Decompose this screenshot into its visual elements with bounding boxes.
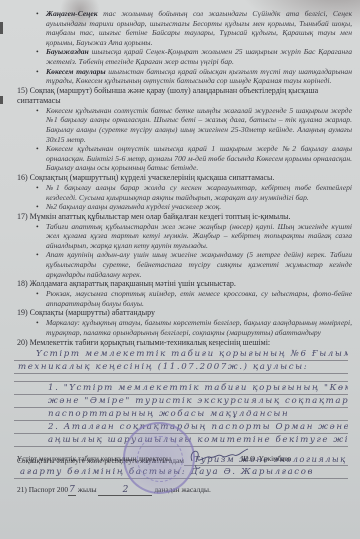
- section-number: 17): [17, 212, 28, 221]
- list-item: №2 бақылау алаңы аумағында күрделі учаск…: [14, 202, 352, 212]
- intro-bullets: Жаңаген-Сеңек тас жолының бойының сол жа…: [14, 0, 352, 86]
- blank-line: [14, 374, 348, 382]
- section-heading-text: Соқпақты (маршрутты) абаттандыру: [30, 308, 155, 317]
- handwritten-line: паспорттарының жобасы мақұлдансын: [14, 408, 348, 421]
- passport-copies-row: 21) Паспорт 2007 жылы 2 данадан жасалды.: [14, 485, 352, 496]
- section-heading-text: Мемлекеттік табиғи қорықтың ғылыми-техни…: [30, 338, 270, 347]
- handwritten-line: техникалық кеңесінің (11.07.2007ж.) қаул…: [14, 361, 348, 374]
- section-number: 15): [17, 86, 28, 95]
- list-item: №1 бақылау алаңы барар жолда су кескен ж…: [14, 183, 352, 202]
- bullet-title: Жаңаген-Сеңек: [46, 9, 98, 18]
- list-item: Көкесем құдығынан оңтүстік шығысқа қарай…: [14, 144, 352, 173]
- section-heading-text: Соқпақ (маршрут) бойынша және қарау (шол…: [17, 86, 318, 105]
- handwritten-line: 1. "Үстірт мемлекеттік табиғи қорығының …: [14, 382, 348, 395]
- director-title: Үстірт мемлекеттік табиғи қорығының дире…: [17, 455, 171, 463]
- director-signature-row: Үстірт мемлекеттік табиғи қорығының дире…: [17, 455, 317, 463]
- handwritten-line: Үстірт мемлекеттік табиғи қорығының №6 Ғ…: [14, 348, 348, 361]
- binding-mark: [0, 96, 3, 104]
- list-item: Рюкзак, маусымға спорттық киімдер, етік …: [14, 289, 352, 308]
- passport-prefix: 21) Паспорт 200: [17, 485, 68, 494]
- list-item: Табиғи апаттық құбылыстардан жел және жа…: [14, 222, 352, 251]
- section-number: 20): [17, 338, 28, 347]
- binding-mark: [0, 22, 3, 34]
- section-20-heading: 20) Мемлекеттік табиғи қорықтың ғылыми-т…: [14, 338, 352, 348]
- section-heading-text: Соқпақтың (маршруттың) күрделі учаскелер…: [30, 173, 275, 182]
- list-item: Бауыжаздан шығысқа қарай Сеңек-Қоңырат ж…: [14, 47, 352, 66]
- section-15-heading: 15) Соқпақ (маршрут) бойынша және қарау …: [14, 86, 352, 106]
- bullet-text: Апат қаупінің алдын-алу үшін шың жиегіне…: [46, 250, 352, 278]
- passport-year-digit: 7: [68, 485, 76, 496]
- bullet-title: Көкесем таулары: [46, 67, 106, 76]
- handwritten-line: және "Әміре" туристік экскурсиялық соқпа…: [14, 395, 348, 408]
- bullet-title: Бауыжаздан: [46, 47, 89, 56]
- list-item: Жаңаген-Сеңек тас жолының бойының сол жа…: [14, 9, 352, 47]
- list-item: Көкесем таулары шығыстан батысқа қарай о…: [14, 67, 352, 86]
- section-19-heading: 19) Соқпақты (маршрутты) абаттандыру: [14, 308, 352, 318]
- list-item-continuation: Апат қаупінің алдын-алу үшін шың жиегіне…: [14, 250, 352, 279]
- section-number: 18): [17, 279, 28, 288]
- bullet-text: шығысқа қарай Сеңек-Қоңырат жолымен 25 ш…: [46, 47, 352, 66]
- list-item: Көкесем құдығынан солтүстік батыс бетке …: [14, 106, 352, 144]
- section-heading-text: Жолдамаға ақпараттық парақшаның мәтіні ү…: [30, 279, 236, 288]
- section-number: 16): [17, 173, 28, 182]
- passport-middle: жылы: [78, 485, 97, 494]
- section-17-heading: 17) Мүмкін апаттық құбылыстар мен олар б…: [14, 212, 352, 222]
- section-heading-text: Мүмкін апаттық құбылыстар мен олар байқа…: [30, 212, 291, 221]
- section-18-heading: 18) Жолдамаға ақпараттық парақшаның мәті…: [14, 279, 352, 289]
- signature-icon: [186, 445, 254, 469]
- section-number: 19): [17, 308, 28, 317]
- section-16-heading: 16) Соқпақтың (маршруттың) күрделі учаск…: [14, 173, 352, 183]
- list-item: Маркалау: құдықтың атауы, бағыты көрсете…: [14, 318, 352, 337]
